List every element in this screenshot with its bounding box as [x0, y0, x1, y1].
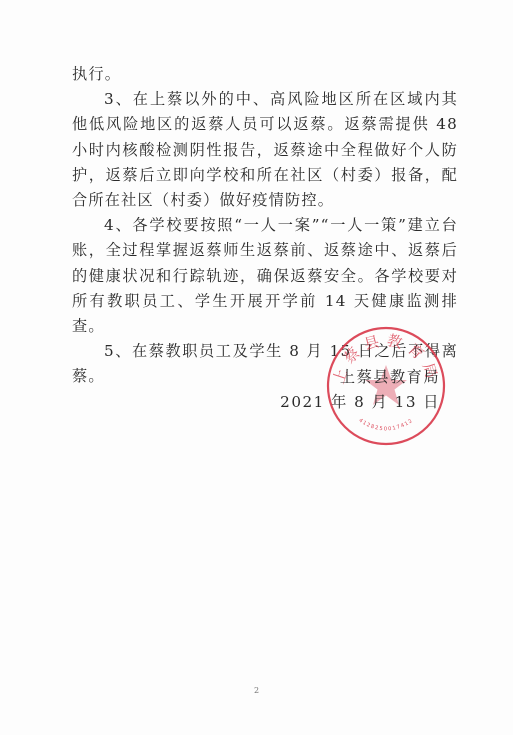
seal-code: 4128250017412 — [357, 418, 414, 433]
paragraph-item-4: 4、各学校要按照“一人一案”“一人一策”建立台账，全过程掌握返蔡师生返蔡前、返蔡… — [72, 213, 458, 339]
paragraph-item-3: 3、在上蔡以外的中、高风险地区所在区域内其他低风险地区的返蔡人员可以返蔡。返蔡需… — [72, 87, 458, 213]
signature-block: 上蔡县教育局 2021 年 8 月 13 日 — [280, 365, 440, 415]
document-page: 执行。 3、在上蔡以外的中、高风险地区所在区域内其他低风险地区的返蔡人员可以返蔡… — [0, 0, 513, 735]
paragraph-continuation: 执行。 — [72, 62, 458, 87]
svg-text:4128250017412: 4128250017412 — [357, 418, 414, 433]
signature-organization: 上蔡县教育局 — [280, 365, 440, 390]
signature-date: 2021 年 8 月 13 日 — [280, 390, 440, 415]
page-number: 2 — [0, 686, 513, 695]
